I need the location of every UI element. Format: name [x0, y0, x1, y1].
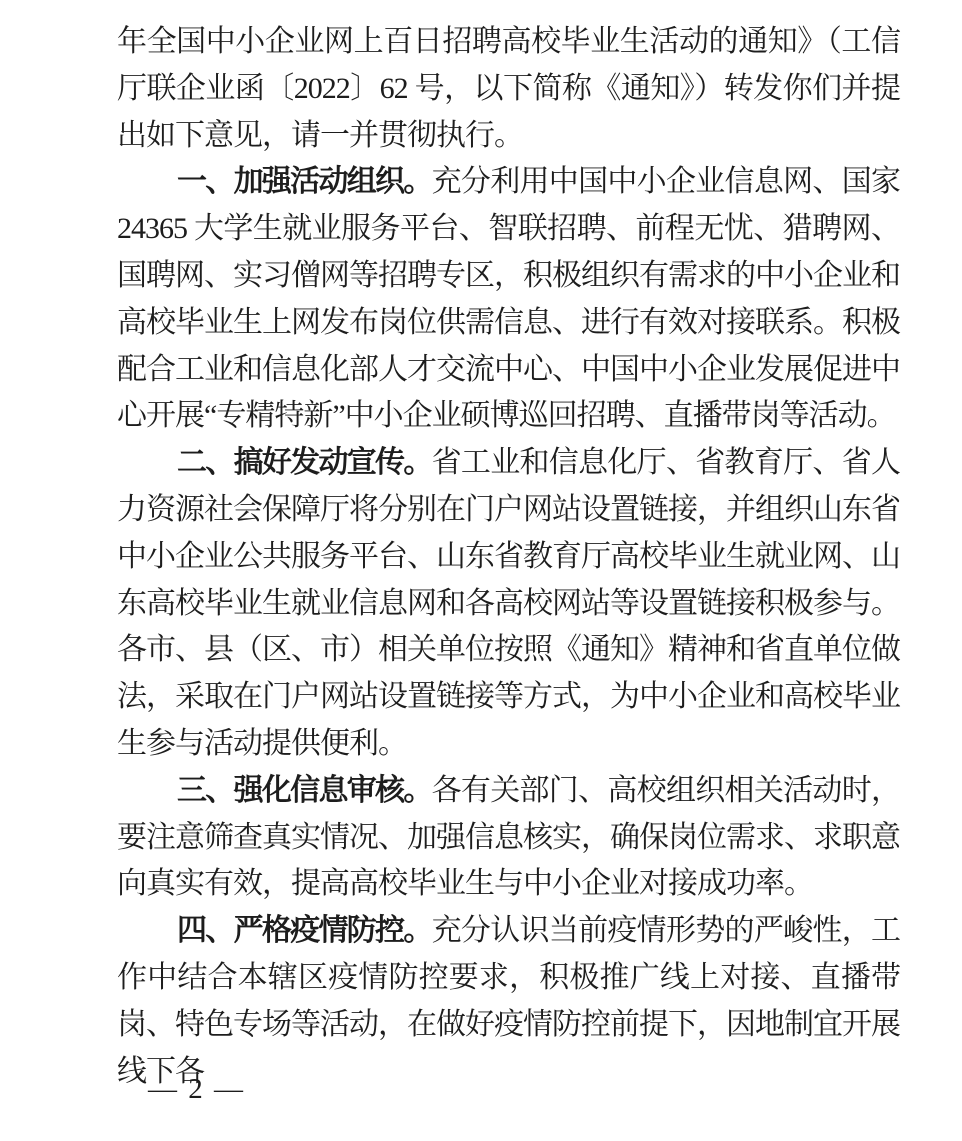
- paragraph-section-3-heading: 三、强化信息审核。: [177, 774, 432, 807]
- paragraph-continuation: 年全国中小企业网上百日招聘高校毕业生活动的通知》（工信厅联企业函〔2022〕62…: [117, 19, 900, 159]
- paragraph-section-1: 一、加强活动组织。充分利用中国中小企业信息网、国家24365 大学生就业服务平台…: [117, 159, 900, 440]
- paragraph-section-4: 四、严格疫情防控。充分认识当前疫情形势的严峻性，工作中结合本辖区疫情防控要求，积…: [117, 908, 900, 1095]
- page-number: — 2 —: [148, 1073, 245, 1105]
- page-footer: — 2 —: [148, 1072, 245, 1106]
- paragraph-section-3: 三、强化信息审核。各有关部门、高校组织相关活动时，要注意筛查真实情况、加强信息核…: [117, 768, 900, 908]
- document-body: 年全国中小企业网上百日招聘高校毕业生活动的通知》（工信厅联企业函〔2022〕62…: [117, 19, 900, 1095]
- paragraph-section-2-heading: 二、搞好发动宣传。: [177, 446, 432, 479]
- paragraph-section-4-heading: 四、严格疫情防控。: [177, 914, 432, 947]
- paragraph-section-2: 二、搞好发动宣传。省工业和信息化厅、省教育厅、省人力资源社会保障厅将分别在门户网…: [117, 440, 900, 768]
- paragraph-section-1-heading: 一、加强活动组织。: [177, 165, 432, 198]
- document-page: 年全国中小企业网上百日招聘高校毕业生活动的通知》（工信厅联企业函〔2022〕62…: [0, 0, 962, 1141]
